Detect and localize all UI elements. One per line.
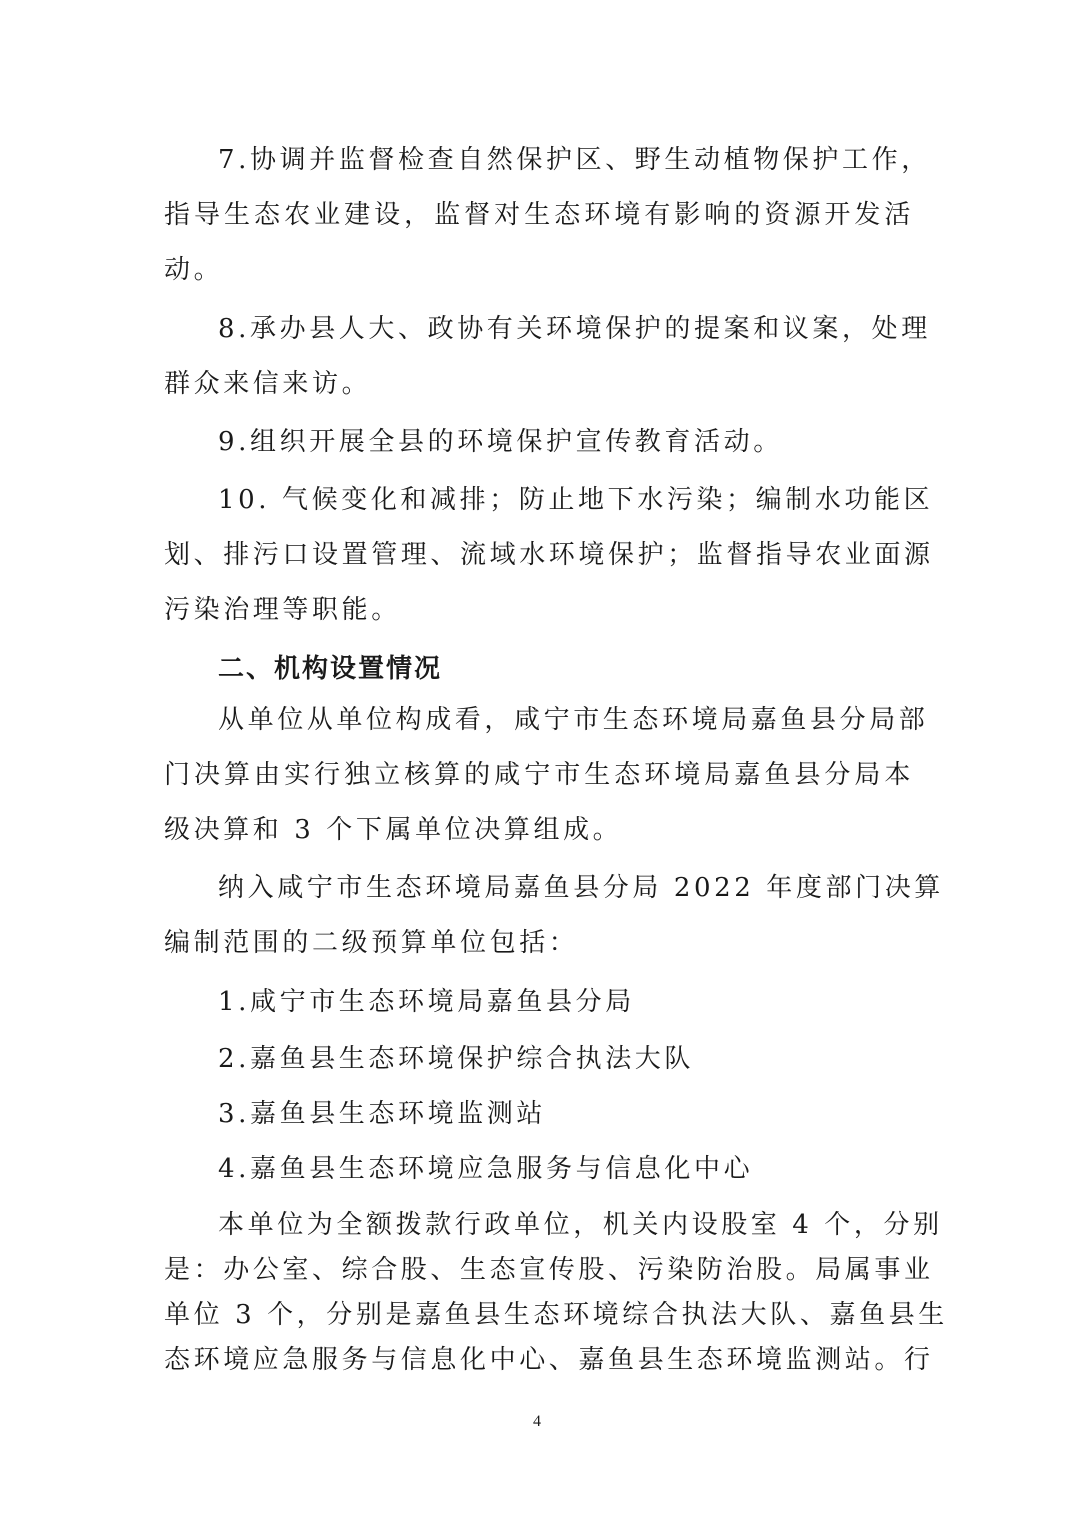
section-heading: 二、机构设置情况 [218,654,914,684]
text-line: 划、排污口设置管理、流域水环境保护；监督指导农业面源 [164,540,914,570]
text-line: 1.咸宁市生态环境局嘉鱼县分局 [218,987,914,1017]
text-line: 本单位为全额拨款行政单位，机关内设股室 4 个，分别 [218,1210,914,1240]
text-line: 污染治理等职能。 [164,595,914,625]
text-line: 群众来信来访。 [164,369,914,399]
text-line: 8.承办县人大、政协有关环境保护的提案和议案，处理 [218,314,914,344]
text-line: 单位 3 个，分别是嘉鱼县生态环境综合执法大队、嘉鱼县生 [164,1300,914,1330]
page-number: 4 [0,1413,1074,1431]
text-line: 是：办公室、综合股、生态宣传股、污染防治股。局属事业 [164,1255,914,1285]
text-line: 2.嘉鱼县生态环境保护综合执法大队 [218,1044,914,1074]
text-line: 动。 [164,255,914,285]
text-line: 编制范围的二级预算单位包括： [164,928,914,958]
text-line: 从单位从单位构成看，咸宁市生态环境局嘉鱼县分局部 [218,705,914,735]
text-line: 态环境应急服务与信息化中心、嘉鱼县生态环境监测站。行 [164,1345,914,1375]
text-line: 9.组织开展全县的环境保护宣传教育活动。 [218,427,914,457]
text-line: 4.嘉鱼县生态环境应急服务与信息化中心 [218,1154,914,1184]
text-line: 指导生态农业建设，监督对生态环境有影响的资源开发活 [164,200,914,230]
text-line: 3.嘉鱼县生态环境监测站 [218,1099,914,1129]
text-line: 门决算由实行独立核算的咸宁市生态环境局嘉鱼县分局本 [164,760,914,790]
text-line: 10. 气候变化和减排；防止地下水污染；编制水功能区 [218,485,914,515]
text-line: 7.协调并监督检查自然保护区、野生动植物保护工作， [218,145,914,175]
text-line: 纳入咸宁市生态环境局嘉鱼县分局 2022 年度部门决算 [218,873,914,903]
text-line: 级决算和 3 个下属单位决算组成。 [164,815,914,845]
